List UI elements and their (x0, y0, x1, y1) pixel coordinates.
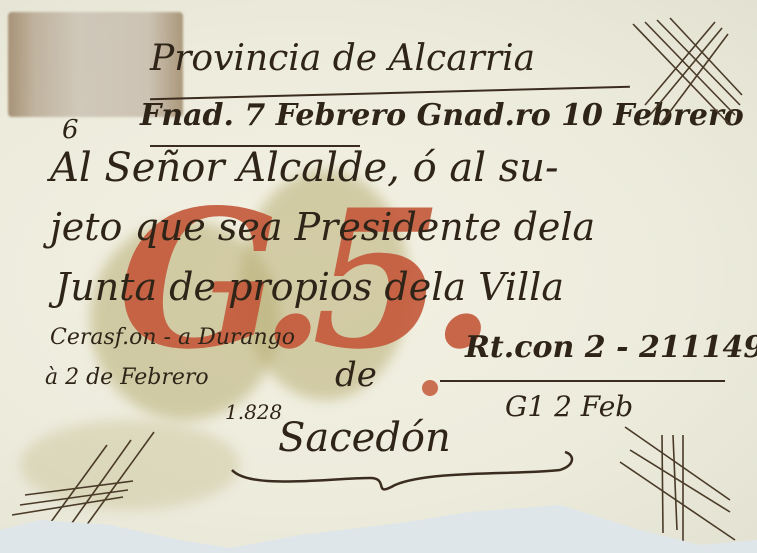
ink-strokes (0, 0, 757, 553)
envelope-cover: G.5. Provincia de Alcarria 6 Fnad. 7 Feb… (0, 0, 757, 553)
